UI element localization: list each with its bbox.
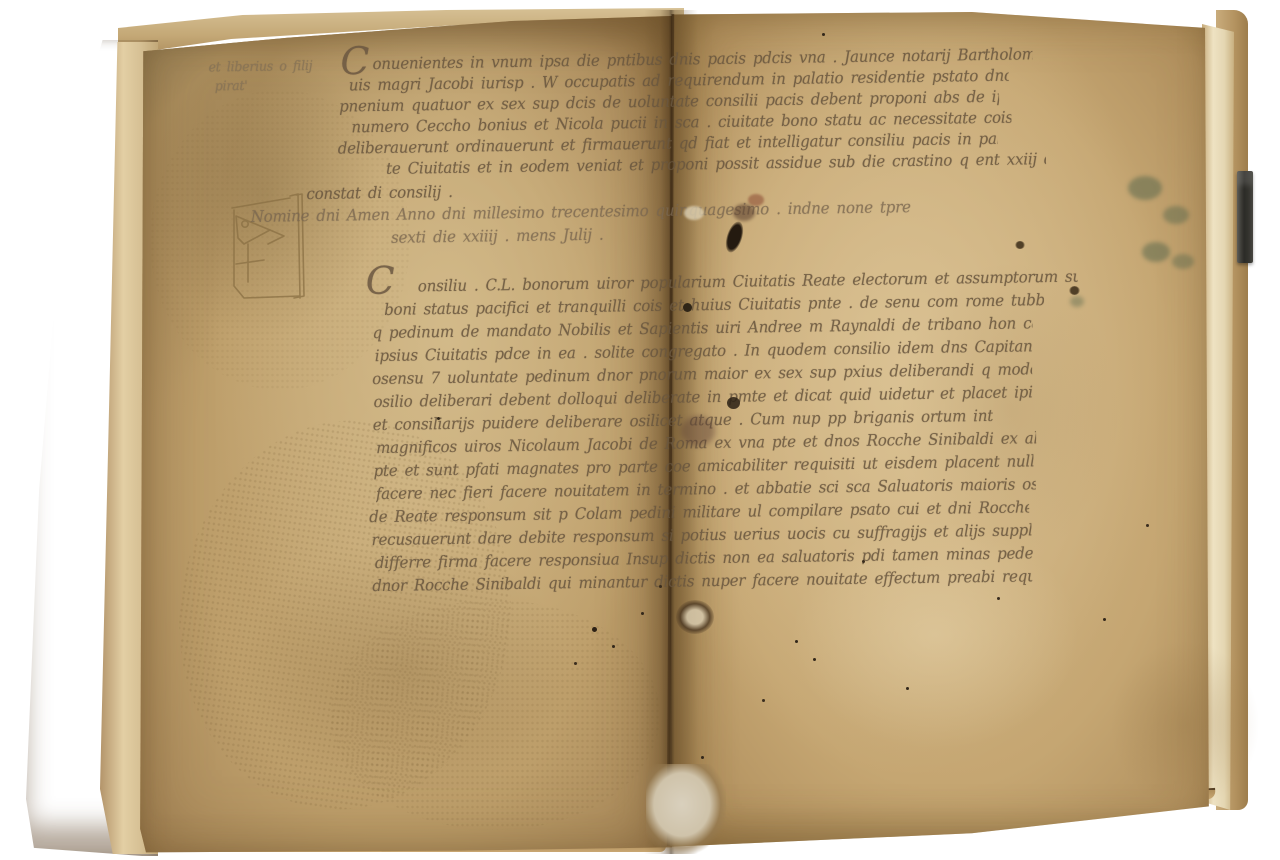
wormhole xyxy=(1069,286,1080,295)
dating-clause-line: sexti die xxiiij . mens Julij . xyxy=(391,225,604,247)
mold-stain xyxy=(1163,206,1189,224)
wormhole xyxy=(1015,241,1025,249)
mold-stain xyxy=(1128,176,1162,200)
brown-stain xyxy=(733,204,755,221)
ink-blot xyxy=(683,303,692,312)
red-ink-stain xyxy=(748,194,764,206)
mold-stain xyxy=(1172,254,1194,269)
abrasion-patch xyxy=(684,206,704,220)
handwritten-text-block: et liberius o filij pirat' C onuenientes… xyxy=(0,0,1280,860)
marginal-note-line: et liberius o filij xyxy=(208,57,312,74)
ink-blot xyxy=(727,397,740,409)
manuscript-photo: et liberius o filij pirat' C onuenientes… xyxy=(0,0,1280,860)
marginal-note-line: pirat' xyxy=(215,77,248,93)
mold-stain xyxy=(1142,242,1170,262)
council-initial: C xyxy=(365,261,395,299)
opening-line: constat di consilij . xyxy=(306,182,453,203)
ink-speckles xyxy=(795,640,798,643)
smudge-stain xyxy=(681,416,715,446)
stain-with-hole xyxy=(676,600,714,634)
mold-stain xyxy=(1070,296,1084,307)
